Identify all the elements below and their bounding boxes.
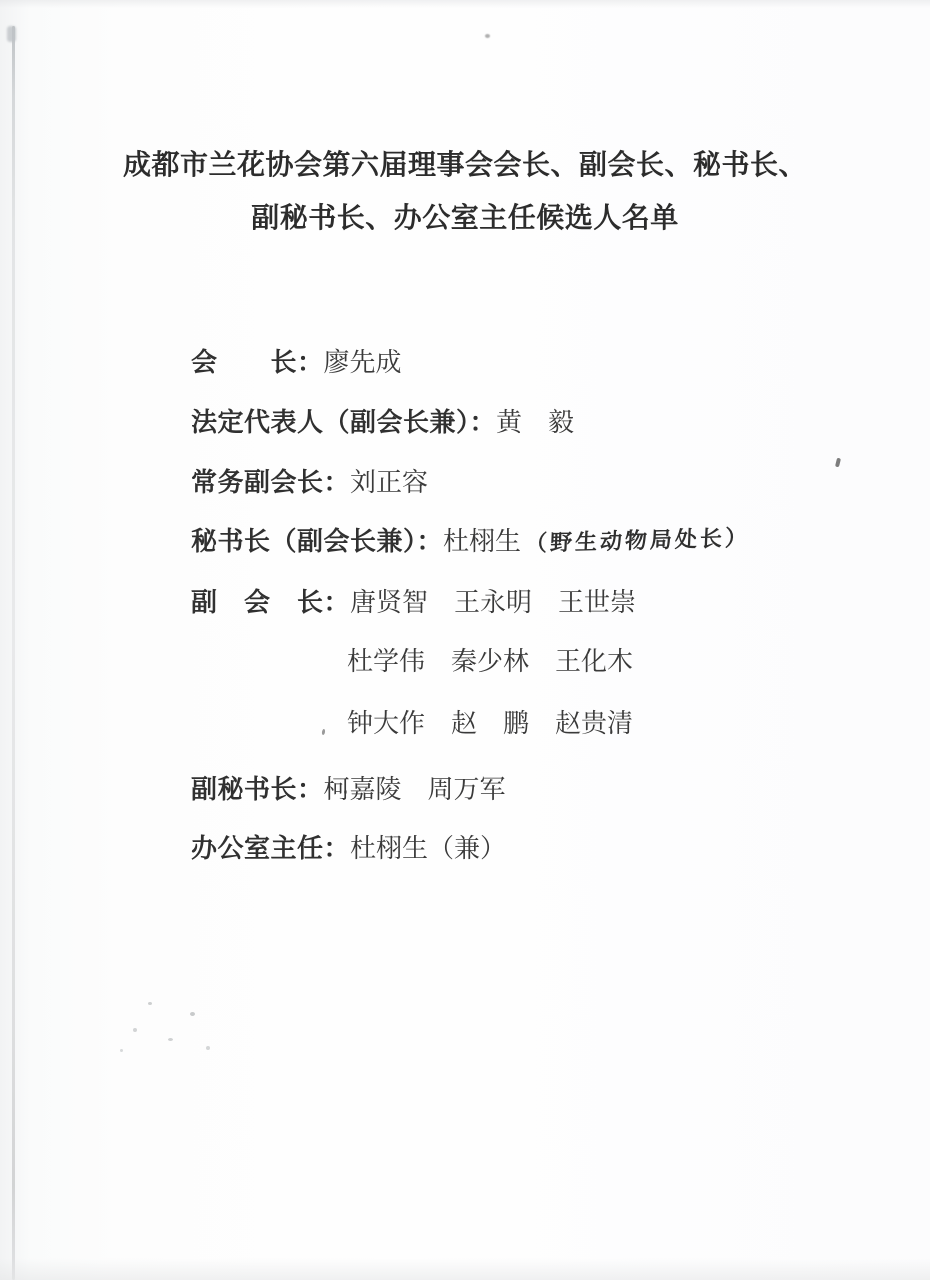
row-value: 杜学伟 秦少林 王化木 — [347, 647, 633, 676]
document-title-line-1: 成都市兰花协会第六届理事会会长、副会长、秘书长、 — [0, 150, 930, 182]
document-title-line-2: 副秘书长、办公室主任候选人名单 — [0, 203, 930, 235]
row-label: 法定代表人（副会长兼）： — [191, 408, 496, 437]
row-label: 副秘书长： — [191, 775, 324, 804]
row-value: 唐贤智 王永明 王世崇 — [350, 588, 636, 617]
scan-speckle — [206, 1046, 210, 1050]
scan-corner-smudge — [7, 26, 16, 42]
row-label: 办公室主任： — [191, 834, 350, 863]
row-value: 黄 毅 — [496, 408, 574, 437]
row-label: 会 长： — [191, 348, 324, 377]
scan-bottom-edge-shade — [0, 1258, 930, 1280]
scan-speckle — [133, 1028, 137, 1032]
list-row-office-director: 办公室主任：杜栩生（兼） — [165, 804, 506, 894]
row-value: 柯嘉陵 周万军 — [324, 775, 506, 804]
row-label: 副 会 长： — [191, 588, 350, 617]
scan-artifact-mark — [835, 458, 841, 468]
scanned-document-page: 成都市兰花协会第六届理事会会长、副会长、秘书长、 副秘书长、办公室主任候选人名单… — [0, 0, 930, 1280]
row-value: 刘正容 — [350, 468, 428, 497]
scan-speckle — [120, 1049, 123, 1052]
row-value: 廖先成 — [324, 348, 402, 377]
scan-speckle — [190, 1012, 195, 1016]
scan-speckle — [148, 1002, 152, 1005]
handwritten-annotation: （野生动物局处长） — [525, 525, 751, 556]
row-value: 杜栩生 — [443, 527, 521, 556]
row-label: 常务副会长： — [191, 468, 350, 497]
row-label: 秘书长（副会长兼）： — [191, 527, 443, 556]
row-value: 钟大作 赵 鹏 赵贵清 — [347, 709, 633, 738]
scan-top-edge-shade — [0, 0, 930, 8]
scan-speckle — [168, 1038, 173, 1041]
row-value: 杜栩生（兼） — [350, 834, 506, 863]
scan-artifact-dot — [485, 34, 490, 38]
